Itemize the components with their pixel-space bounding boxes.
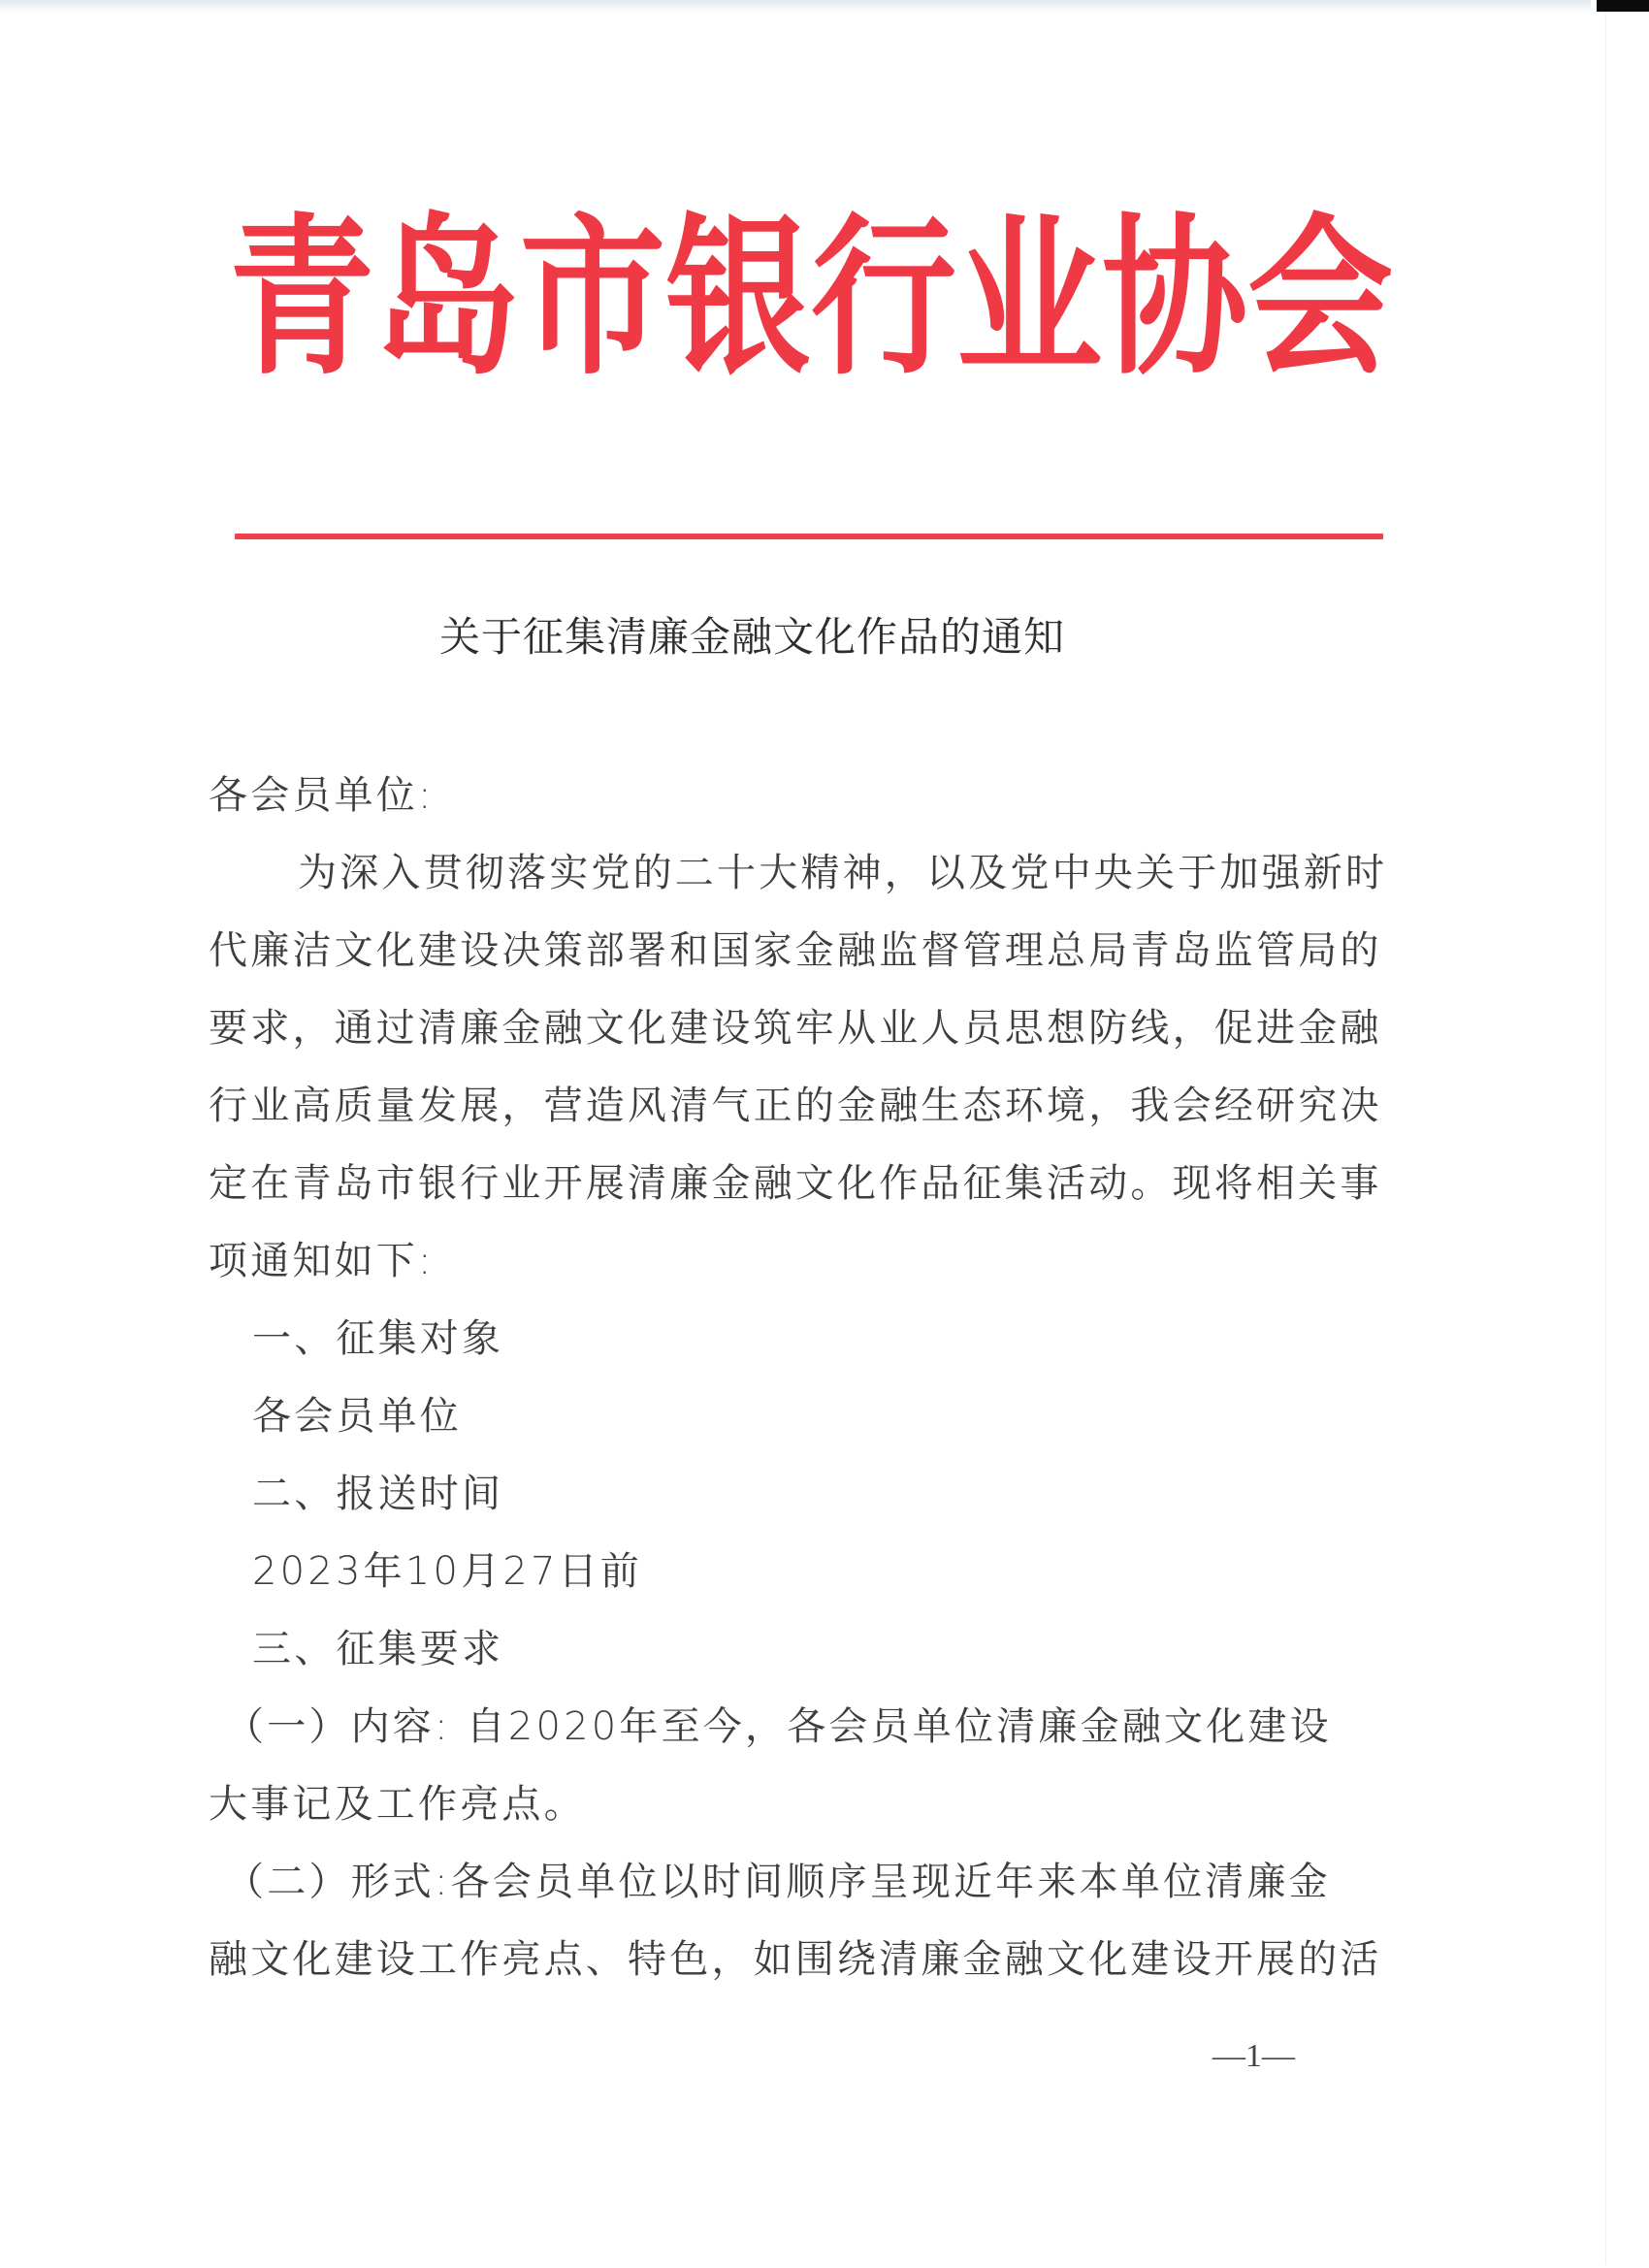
requirement-format-line: 融文化建设工作亮点、特色，如围绕清廉金融文化建设开展的活 [209, 1932, 1382, 1987]
scan-corner-mark [1597, 0, 1649, 12]
requirement-content-line: 大事记及工作亮点。 [209, 1777, 1382, 1831]
letterhead-char: 市 [520, 212, 665, 384]
section-heading-deadline: 二、报送时间 [252, 1467, 1426, 1521]
letterhead-char: 青 [229, 212, 374, 384]
body-paragraph-line: 行业高质量发展，营造风清气正的金融生态环境，我会经研究决 [209, 1079, 1382, 1133]
letterhead-char: 业 [956, 212, 1102, 384]
body-paragraph-line: 为深入贯彻落实党的二十大精神，以及党中央关于加强新时 [209, 846, 1382, 900]
page-number: —1— [1212, 2035, 1295, 2078]
letterhead-char: 行 [811, 212, 956, 384]
section-heading-recipients: 一、征集对象 [252, 1312, 1426, 1366]
letterhead-char: 银 [665, 212, 811, 384]
letterhead-organization-name: 青 岛 市 银 行 业 协 会 [229, 206, 1374, 390]
body-paragraph-line: 代廉洁文化建设决策部署和国家金融监督管理总局青岛监管局的 [209, 923, 1382, 978]
body-paragraph-line: 项通知如下: [209, 1234, 1382, 1288]
section-body-recipients: 各会员单位 [252, 1389, 1426, 1443]
requirement-format-line: （二）形式:各会员单位以时间顺序呈现近年来本单位清廉金 [225, 1855, 1382, 1909]
letterhead-char: 会 [1247, 212, 1393, 384]
salutation: 各会员单位: [209, 768, 1382, 823]
letterhead-red-rule [235, 534, 1383, 539]
scan-top-band [0, 0, 1591, 14]
body-paragraph-line: 要求，通过清廉金融文化建设筑牢从业人员思想防线，促进金融 [209, 1001, 1382, 1055]
section-heading-requirements: 三、征集要求 [252, 1622, 1426, 1676]
body-paragraph-line: 定在青岛市银行业开展清廉金融文化作品征集活动。现将相关事 [209, 1156, 1382, 1211]
scan-edge-line [1605, 14, 1606, 2264]
document-title: 关于征集清廉金融文化作品的通知 [439, 609, 1162, 665]
letterhead-char: 协 [1102, 212, 1247, 384]
section-body-deadline: 2023年10月27日前 [252, 1544, 1426, 1599]
letterhead-char: 岛 [374, 212, 520, 384]
requirement-content-line: （一）内容: 自2020年至今，各会员单位清廉金融文化建设 [225, 1700, 1382, 1754]
